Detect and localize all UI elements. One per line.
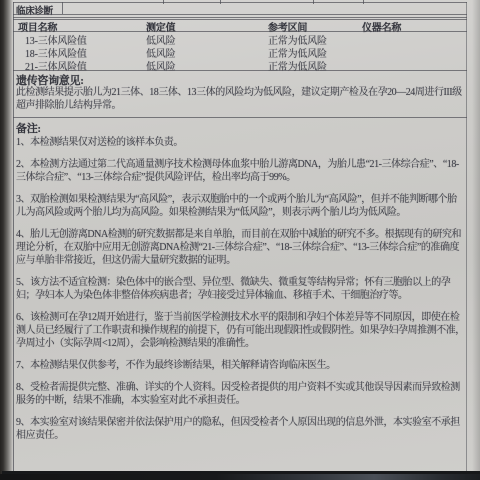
photo-edge-shadow: [0, 0, 13, 480]
photo-edge-shade: [472, 0, 480, 474]
remarks-title: 备注:: [16, 120, 41, 136]
divider: [13, 14, 467, 15]
remark-item-8: 8、受检者需提供完整、准确、详实的个人资料。因受检者提供的用户资料不实或其他误导…: [16, 381, 466, 407]
remarks-list: 1、本检测结果仅对送检的该样本负责。 2、本检测方法通过第二代高通量测序技术检测…: [16, 136, 466, 451]
clinical-cell-divider: [62, 2, 63, 14]
table-top-rule: [13, 17, 467, 18]
remark-item-5: 5、该方法不适宜检测：染色体中的嵌合型、异位型、微缺失、微重复等结构异常；怀有三…: [16, 276, 466, 302]
remark-item-3: 3、双胎检测如果检测结果为“高风险”，表示双胞胎中的一个或两个胎儿为“高风险”，…: [16, 193, 466, 219]
remark-item-4: 4、胎儿无创游离DNA检测的研究数据都是来自单胎，而目前在双胎中减胎的研究不多。…: [16, 228, 466, 267]
section-divider: [13, 70, 467, 71]
photo-background-band: [0, 474, 480, 480]
section-divider: [13, 117, 467, 118]
medical-report-photo: 临床诊断 项目名称 测定值 参考区间 仪器名称 13-三体风险值 低风险 正常为…: [0, 0, 480, 480]
remark-item-7: 7、本检测结果仅供参考，不作为最终诊断结果，相关解释请咨询临床医生。: [16, 359, 466, 372]
counseling-text: 此检测结果提示胎儿为21三体、18三体、13三体的风险均为低风险，建议定期产检及…: [16, 86, 466, 112]
paper-left-border: [13, 2, 14, 472]
remark-item-6: 6、该检测可在孕12周开始进行，鉴于当前医学检测技术水平的限制和孕妇个体差异等不…: [16, 311, 466, 350]
remark-item-2: 2、本检测方法通过第二代高通量测序技术检测母体血浆中胎儿游离DNA，为胎儿患“2…: [16, 158, 466, 184]
paper-right-border: [466, 2, 467, 472]
divider: [13, 2, 467, 3]
remark-item-9: 9、本实验室对该结果保密并依法保护用户的隐私，但因受检者个人原因出现的信息外泄，…: [16, 416, 466, 442]
remark-item-1: 1、本检测结果仅对送检的该样本负责。: [16, 136, 466, 149]
